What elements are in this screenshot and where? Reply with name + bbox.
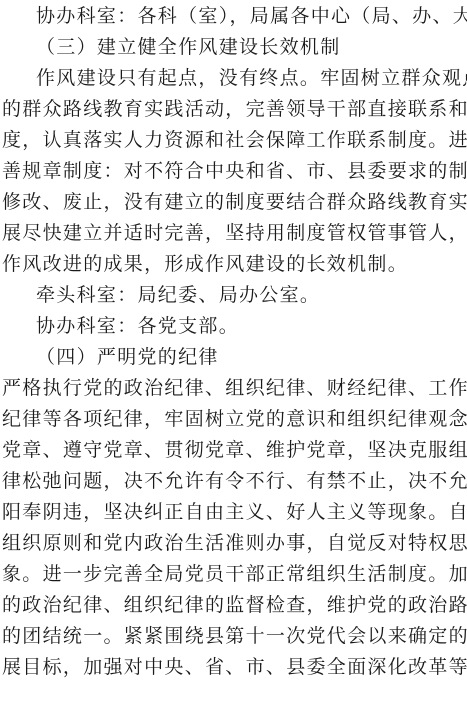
assisting-departments-line-1: 协办科室：各科（室），局属各中心（局、办、大队、院）。 bbox=[36, 4, 448, 28]
section-heading-4: （四）严明党的纪律 bbox=[36, 345, 448, 369]
paragraph-line: 阳奉阴违，坚决纠正自由主义、好人主义等现象。自觉按照党的 bbox=[2, 500, 450, 524]
section-heading-3: （三）建立健全作风建设长效机制 bbox=[36, 35, 448, 59]
paragraph-line: 展尽快建立并适时完善，坚持用制度管权管事管人，用制度巩固 bbox=[2, 221, 450, 245]
paragraph-line: 的政治纪律、组织纪律的监督检查，维护党的政治路线，维护党 bbox=[2, 593, 450, 617]
paragraph-line: 严格执行党的政治纪律、组织纪律、财经纪律、工作纪律和生活 bbox=[2, 376, 450, 400]
paragraph-line: 善规章制度：对不符合中央和省、市、县委要求的制度及时进行 bbox=[2, 159, 450, 183]
lead-departments-line: 牵头科室：局纪委、局办公室。 bbox=[36, 283, 448, 307]
paragraph-line: 律松弛问题，决不允许有令不行、有禁不止，决不允许各自为政、 bbox=[2, 469, 450, 493]
paragraph-line: 纪律等各项纪律，牢固树立党的意识和组织纪律观念，自觉学习 bbox=[2, 407, 450, 431]
assisting-departments-line-2: 协办科室：各党支部。 bbox=[36, 314, 448, 338]
paragraph-line: 象。进一步完善全局党员干部正常组织生活制度。加强对遵守党 bbox=[2, 562, 450, 586]
paragraph-line: 展目标，加强对中央、省、市、县委全面深化改革等重大决 bbox=[2, 655, 450, 679]
document-page: 协办科室：各科（室），局属各中心（局、办、大队、院）。 （三）建立健全作风建设长… bbox=[0, 0, 467, 705]
paragraph-line: 组织原则和党内政治生活准则办事，自觉反对特权思想和特权现 bbox=[2, 531, 450, 555]
paragraph-line: 的团结统一。紧紧围绕县第十一次党代会以来确定的经济社会发 bbox=[2, 624, 450, 648]
paragraph-line: 党章、遵守党章、贯彻党章、维护党章，坚决克服组织涣散、纪 bbox=[2, 438, 450, 462]
paragraph-line: 度，认真落实人力资源和社会保障工作联系制度。进一步建立完 bbox=[2, 128, 450, 152]
paragraph-line: 的群众路线教育实践活动，完善领导干部直接联系和服务群众制 bbox=[2, 97, 450, 121]
paragraph-line: 作风建设只有起点，没有终点。牢固树立群众观点，结合党 bbox=[36, 66, 448, 90]
paragraph-line: 修改、废止，没有建立的制度要结合群众路线教育实践活动的开 bbox=[2, 190, 450, 214]
paragraph-line: 作风改进的成果，形成作风建设的长效机制。 bbox=[2, 252, 450, 276]
